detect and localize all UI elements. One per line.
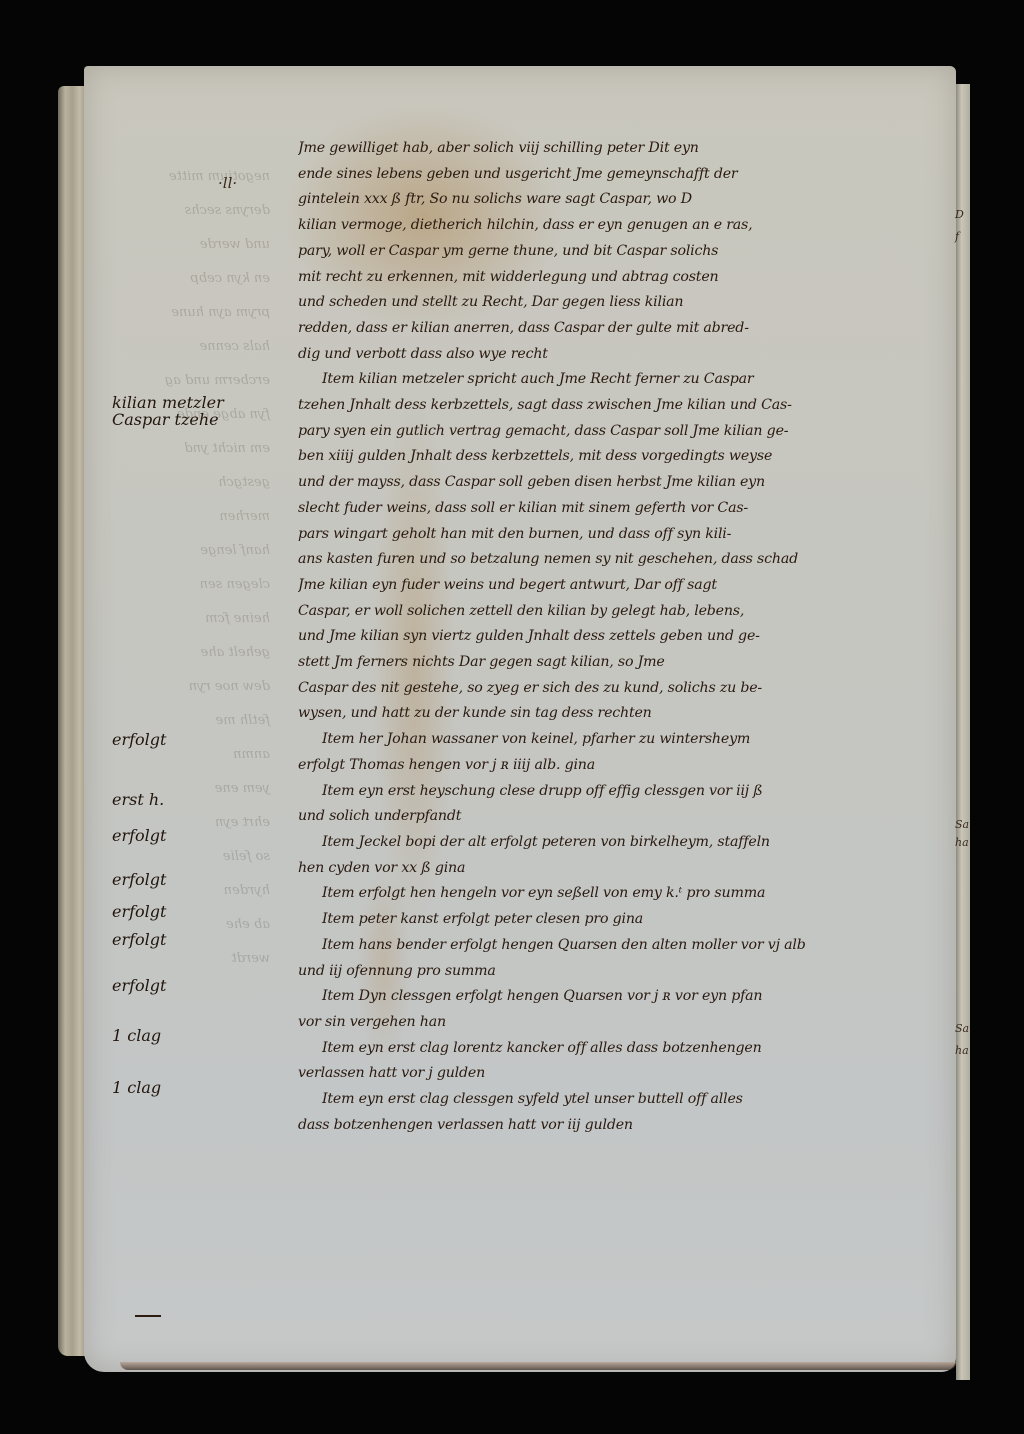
text-line: stett Jm ferners nichts Dar gegen sagt k…	[298, 650, 958, 676]
text-line: dass botzenhengen verlassen hatt vor iij…	[298, 1113, 958, 1139]
text-line: Item Jeckel bopi der alt erfolgt peteren…	[298, 830, 958, 856]
edge-note: f	[955, 230, 959, 243]
ghost-line: so felie	[110, 840, 270, 874]
ghost-line: deryns sechs	[110, 194, 270, 228]
text-line: Item Dyn clessgen erfolgt hengen Quarsen…	[298, 984, 958, 1010]
ghost-line: hanf lenge	[110, 534, 270, 568]
margin-note: erst h.	[112, 790, 164, 809]
ghost-line: prym ayn hune	[110, 296, 270, 330]
ghost-line: gehelt ahe	[110, 636, 270, 670]
ghost-line: dew noe ryn	[110, 670, 270, 704]
edge-note: Sa	[955, 818, 969, 831]
margin-note: erfolgt	[112, 826, 166, 845]
text-line: und iij ofennung pro summa	[298, 959, 958, 985]
bleed-through-text: negotium mittederyns sechsund werdeen ky…	[110, 160, 270, 976]
text-line: Item kilian metzeler spricht auch Jme Re…	[298, 367, 958, 393]
ghost-line: clegen sen	[110, 568, 270, 602]
ghost-line: gestgch	[110, 466, 270, 500]
margin-note: 1 clag	[112, 1026, 161, 1045]
text-line: Caspar des nit gestehe, so zyeg er sich …	[298, 676, 958, 702]
margin-note: erfolgt	[112, 930, 166, 949]
text-line: Caspar, er woll solichen zettell den kil…	[298, 599, 958, 625]
text-line: gintelein xxx ß ftr, So nu solichs ware …	[298, 187, 958, 213]
ink-dash-mark	[135, 1315, 161, 1317]
text-line: Item eyn erst heyschung clese drupp off …	[298, 779, 958, 805]
edge-note: Sa	[955, 1022, 969, 1035]
text-line: tzehen Jnhalt dess kerbzettels, sagt das…	[298, 393, 958, 419]
text-line: ende sines lebens geben und usgericht Jm…	[298, 162, 958, 188]
text-line: slecht fuder weins, dass soll er kilian …	[298, 496, 958, 522]
text-line: Jme gewilliget hab, aber solich viij sch…	[298, 136, 958, 162]
text-line: pary, woll er Caspar ym gerne thune, und…	[298, 239, 958, 265]
margin-note: erfolgt	[112, 870, 166, 889]
text-line: redden, dass er kilian anerren, dass Cas…	[298, 316, 958, 342]
ghost-line: und werde	[110, 228, 270, 262]
text-line: kilian vermoge, dietherich hilchin, dass…	[298, 213, 958, 239]
ghost-line: merhen	[110, 500, 270, 534]
text-line: pars wingart geholt han mit den burnen, …	[298, 522, 958, 548]
edge-note: ha	[955, 836, 969, 849]
binding-gutter	[956, 84, 970, 1380]
ghost-line: hals cenne	[110, 330, 270, 364]
text-line: vor sin vergehen han	[298, 1010, 958, 1036]
ghost-line: heine fcm	[110, 602, 270, 636]
text-line: Item erfolgt hen hengeln vor eyn seßell …	[298, 881, 958, 907]
ghost-line: en kyn cebp	[110, 262, 270, 296]
margin-note: erfolgt	[112, 730, 166, 749]
text-line: Item her Johan wassaner von keinel, pfar…	[298, 727, 958, 753]
text-line: Jme kilian eyn fuder weins und begert an…	[298, 573, 958, 599]
margin-note: Caspar tzehe	[112, 410, 219, 429]
edge-note: ha	[955, 1044, 969, 1057]
top-mark: ·ll·	[218, 174, 237, 192]
text-line: verlassen hatt vor j gulden	[298, 1061, 958, 1087]
page-bottom-edge	[120, 1362, 956, 1370]
text-line: hen cyden vor xx ß gina	[298, 856, 958, 882]
text-line: und der mayss, dass Caspar soll geben di…	[298, 470, 958, 496]
text-line: pary syen ein gutlich vertrag gemacht, d…	[298, 419, 958, 445]
text-line: wysen, und hatt zu der kunde sin tag des…	[298, 701, 958, 727]
text-line: Item eyn erst clag clessgen syfeld ytel …	[298, 1087, 958, 1113]
ghost-line: em nicht ynd	[110, 432, 270, 466]
main-text-block: Jme gewilliget hab, aber solich viij sch…	[298, 136, 958, 1138]
text-line: und scheden und stellt zu Recht, Dar geg…	[298, 290, 958, 316]
text-line: erfolgt Thomas hengen vor j ʀ iiij alb. …	[298, 753, 958, 779]
margin-note: erfolgt	[112, 902, 166, 921]
text-line: ben xiiij gulden Jnhalt dess kerbzettels…	[298, 444, 958, 470]
text-line: Item peter kanst erfolgt peter clesen pr…	[298, 907, 958, 933]
margin-note: erfolgt	[112, 976, 166, 995]
ghost-line: negotium mitte	[110, 160, 270, 194]
text-line: Item eyn erst clag lorentz kancker off a…	[298, 1036, 958, 1062]
text-line: und solich underpfandt	[298, 804, 958, 830]
edge-note: D	[955, 208, 964, 221]
text-line: und Jme kilian syn viertz gulden Jnhalt …	[298, 624, 958, 650]
margin-note: 1 clag	[112, 1078, 161, 1097]
text-line: mit recht zu erkennen, mit widderlegung …	[298, 265, 958, 291]
text-line: Item hans bender erfolgt hengen Quarsen …	[298, 933, 958, 959]
text-line: ans kasten furen und so betzalung nemen …	[298, 547, 958, 573]
text-line: dig und verbott dass also wye recht	[298, 342, 958, 368]
